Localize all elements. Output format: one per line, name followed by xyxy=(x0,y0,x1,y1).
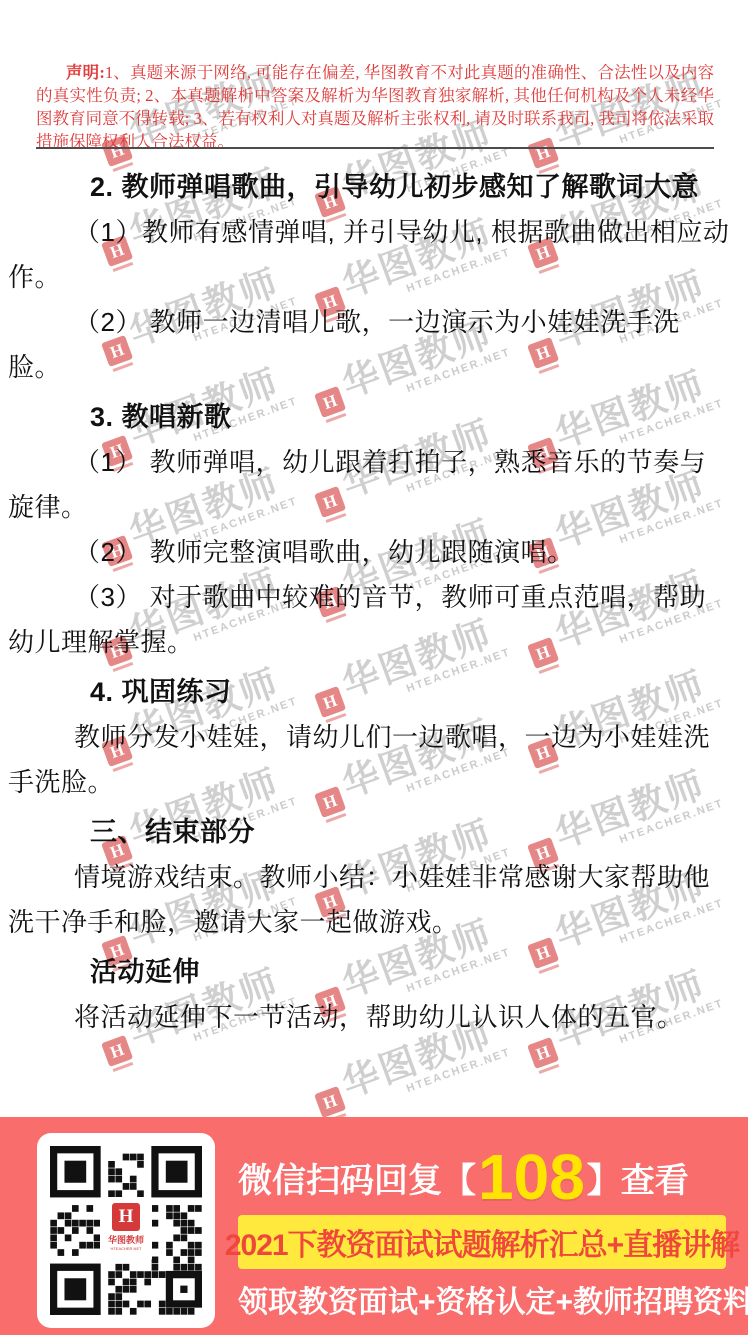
doc-paragraph: （3） 对于歌曲中较难的音节，教师可重点范唱，帮助幼儿理解掌握。 xyxy=(8,575,730,665)
scan-instruction: 微信扫码回复【 108 】查看 xyxy=(238,1145,734,1209)
qr-logo-domain-text: HTEACHER.NET xyxy=(100,1246,152,1251)
scan-prefix: 微信扫码回复【 xyxy=(238,1153,476,1202)
huatu-logo-icon: H xyxy=(112,1203,140,1231)
promo-banner: H 华图教师 HTEACHER.NET 微信扫码回复【 108 】查看 2021… xyxy=(0,1117,748,1335)
qr-logo-brand-text: 华图教师 xyxy=(100,1235,152,1246)
highlight-text: 2021下教资面试试题解析汇总+直播讲解 xyxy=(225,1220,739,1264)
qr-center-logo: H 华图教师 HTEACHER.NET xyxy=(100,1197,152,1263)
disclaimer-label: 声明: xyxy=(66,63,105,82)
claim-text: 领取教资面试+资格认定+教师招聘资料 xyxy=(238,1277,734,1321)
watermark-logo-icon: H xyxy=(527,1037,559,1069)
doc-heading: 4. 巩固练习 xyxy=(90,670,730,715)
doc-heading: 2. 教师弹唱歌曲，引导幼儿初步感知了解歌词大意 xyxy=(90,165,730,210)
document-body: 2. 教师弹唱歌曲，引导幼儿初步感知了解歌词大意（1）教师有感情弹唱, 并引导幼… xyxy=(8,160,740,1040)
doc-paragraph: （2） 教师完整演唱歌曲，幼儿跟随演唱。 xyxy=(8,530,730,575)
document-page: H华图教师HTEACHER.NETH华图教师HTEACHER.NETH华图教师H… xyxy=(0,0,748,1335)
disclaimer-text: 声明:1、真题来源于网络, 可能存在偏差, 华图教育不对此真题的准确性、合法性以… xyxy=(36,61,714,153)
scan-suffix: 】查看 xyxy=(587,1153,689,1202)
doc-paragraph: （2） 教师一边清唱儿歌，一边演示为小娃娃洗手洗脸。 xyxy=(8,300,730,390)
watermark-domain-text: HTEACHER.NET xyxy=(405,1046,513,1095)
watermark-logo-icon: H xyxy=(314,1086,346,1118)
disclaimer-body: 1、真题来源于网络, 可能存在偏差, 华图教育不对此真题的准确性、合法性以及内容… xyxy=(36,63,714,151)
divider-line xyxy=(36,147,714,149)
reply-code: 108 xyxy=(478,1145,585,1209)
doc-heading: 活动延伸 xyxy=(90,950,730,995)
qr-code-box: H 华图教师 HTEACHER.NET xyxy=(37,1133,215,1328)
doc-paragraph: 教师分发小娃娃，请幼儿们一边歌唱，一边为小娃娃洗手洗脸。 xyxy=(8,715,730,805)
doc-paragraph: 将活动延伸下一节活动，帮助幼儿认识人体的五官。 xyxy=(8,995,730,1040)
doc-paragraph: （1） 教师弹唱，幼儿跟着打拍子，熟悉音乐的节奏与旋律。 xyxy=(8,440,730,530)
doc-paragraph: （1）教师有感情弹唱, 并引导幼儿, 根据歌曲做出相应动作。 xyxy=(8,210,730,300)
doc-heading: 3. 教唱新歌 xyxy=(90,395,730,440)
banner-texts: 微信扫码回复【 108 】查看 2021下教资面试试题解析汇总+直播讲解 领取教… xyxy=(238,1117,734,1321)
highlight-banner: 2021下教资面试试题解析汇总+直播讲解 xyxy=(238,1215,726,1269)
doc-paragraph: 情境游戏结束。教师小结：小娃娃非常感谢大家帮助他洗干净手和脸，邀请大家一起做游戏… xyxy=(8,855,730,945)
doc-heading: 三、结束部分 xyxy=(90,810,730,855)
